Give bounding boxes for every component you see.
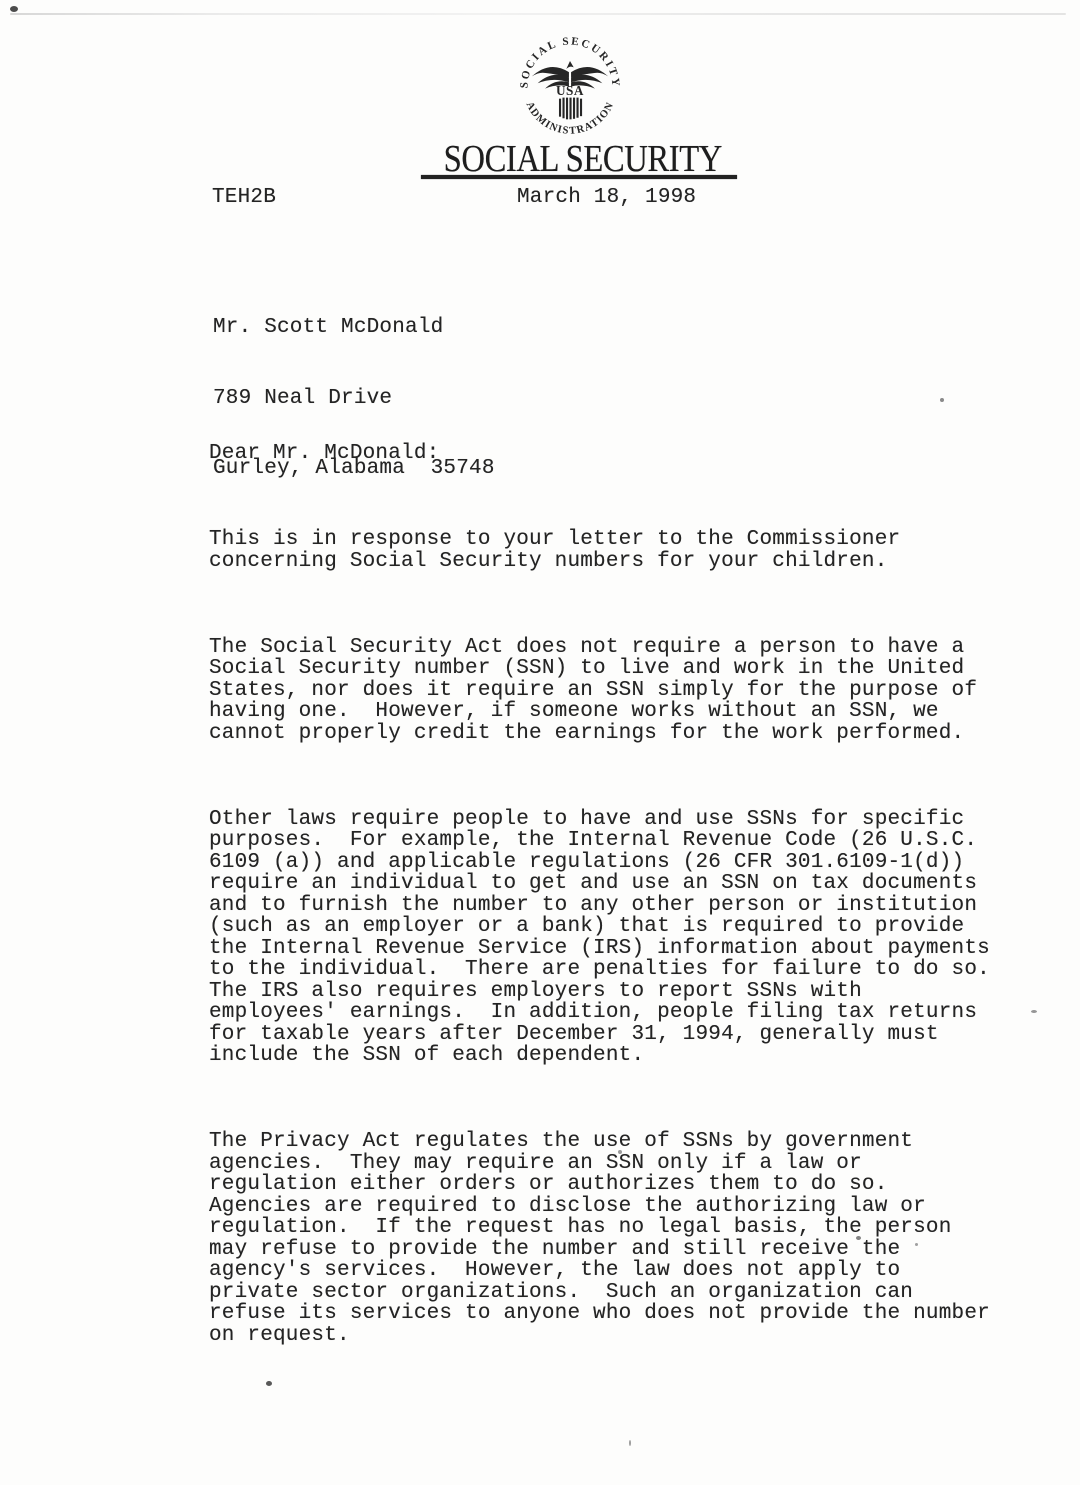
wordmark-underline	[421, 175, 737, 179]
scan-speck	[1031, 1010, 1037, 1013]
scanner-edge-line	[10, 13, 1066, 15]
recipient-name: Mr. Scott McDonald	[213, 316, 495, 340]
letter-paragraph: Other laws require people to have and us…	[209, 809, 990, 1067]
salutation: Dear Mr. McDonald:	[209, 443, 990, 465]
letter-paragraph: The Privacy Act regulates the use of SSN…	[209, 1131, 990, 1346]
letter-paragraph: The Social Security Act does not require…	[209, 637, 990, 745]
scan-speck	[629, 1440, 631, 1446]
letter-date: March 18, 1998	[517, 186, 696, 209]
office-code: TEH2B	[212, 186, 276, 209]
ssa-seal-icon: SOCIAL SECURITY ADMINISTRATION	[517, 34, 623, 140]
shield-bars-icon	[559, 98, 582, 120]
letter-body: Dear Mr. McDonald: This is in response t…	[209, 400, 990, 1411]
scan-speck	[10, 6, 18, 12]
letter-paragraph: This is in response to your letter to th…	[209, 529, 990, 572]
seal-center-text: USA	[556, 83, 584, 98]
letter-page: SOCIAL SECURITY ADMINISTRATION	[0, 0, 1080, 1485]
